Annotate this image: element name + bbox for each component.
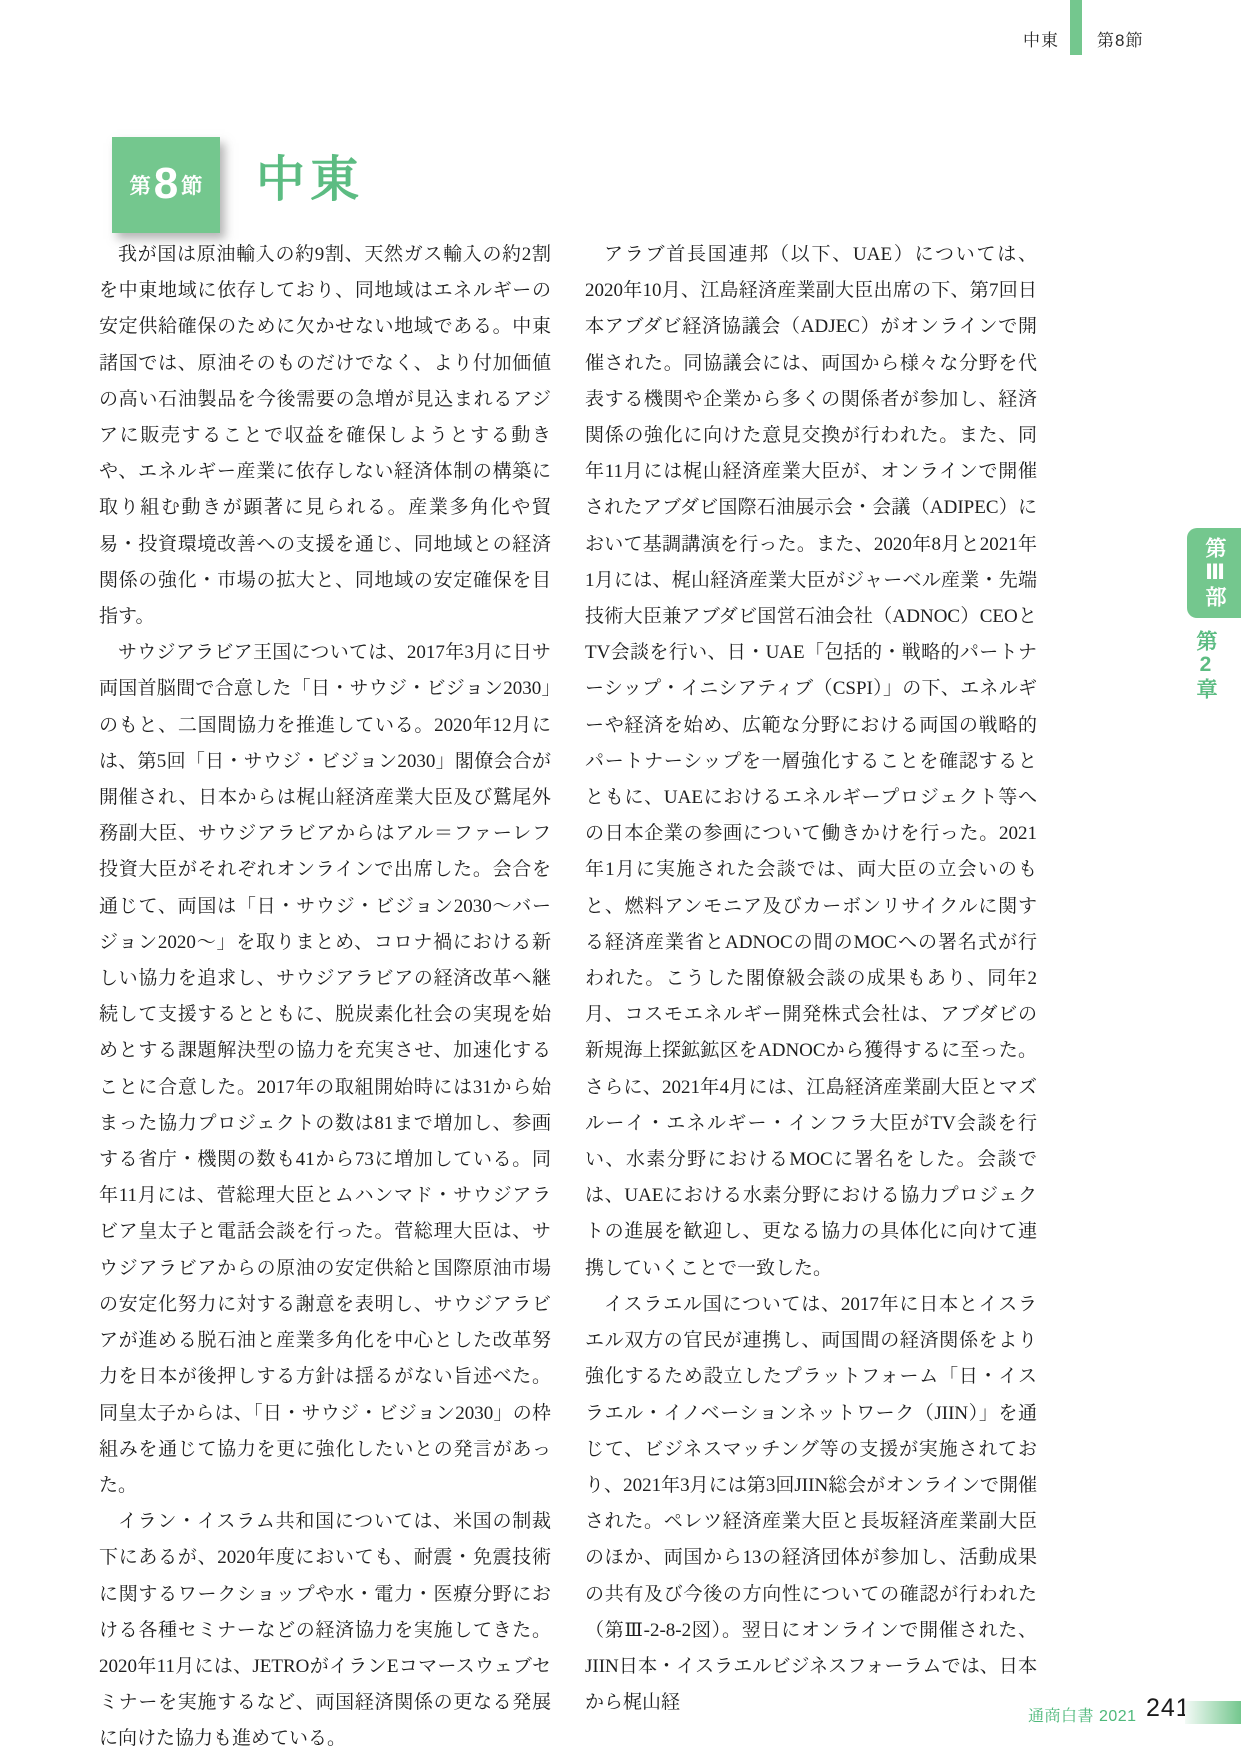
footer-page-number: 241 [1146, 1694, 1191, 1723]
badge-suffix: 節 [181, 170, 202, 200]
right-column: アラブ首長国連邦（以下、UAE）については、2020年10月、江島経済産業副大臣… [585, 237, 1037, 1721]
part-tab: 第Ⅲ部 [1187, 528, 1241, 618]
chapter-tab: 第2章 [1190, 630, 1220, 716]
running-head-section-number: 第8節 [1097, 26, 1143, 51]
section-number-badge: 第8節 [112, 137, 220, 233]
badge-number: 8 [154, 162, 178, 206]
paragraph-israel: イスラエル国については、2017年に日本とイスラエル双方の官民が連携し、両国間の… [585, 1287, 1037, 1721]
footer-gradient-bar [1185, 1701, 1241, 1724]
paragraph-overview: 我が国は原油輸入の約9割、天然ガス輸入の約2割を中東地域に依存しており、同地域は… [99, 237, 551, 635]
badge-prefix: 第 [130, 170, 151, 200]
page-title: 中東 [256, 155, 364, 204]
running-head-section-title: 中東 [1023, 26, 1063, 51]
paragraph-uae: アラブ首長国連邦（以下、UAE）については、2020年10月、江島経済産業副大臣… [585, 237, 1037, 1287]
document-page: 中東 第8節 第8節 中東 我が国は原油輸入の約9割、天然ガス輸入の約2割を中東… [0, 0, 1241, 1754]
running-head-green-bar [1070, 0, 1082, 55]
footer-publication: 通商白書 2021 [1028, 1703, 1137, 1726]
left-column: 我が国は原油輸入の約9割、天然ガス輸入の約2割を中東地域に依存しており、同地域は… [99, 237, 551, 1754]
paragraph-saudi-arabia: サウジアラビア王国については、2017年3月に日サ両国首脳間で合意した「日・サウ… [99, 635, 551, 1504]
paragraph-iran: イラン・イスラム共和国については、米国の制裁下にあるが、2020年度においても、… [99, 1504, 551, 1754]
